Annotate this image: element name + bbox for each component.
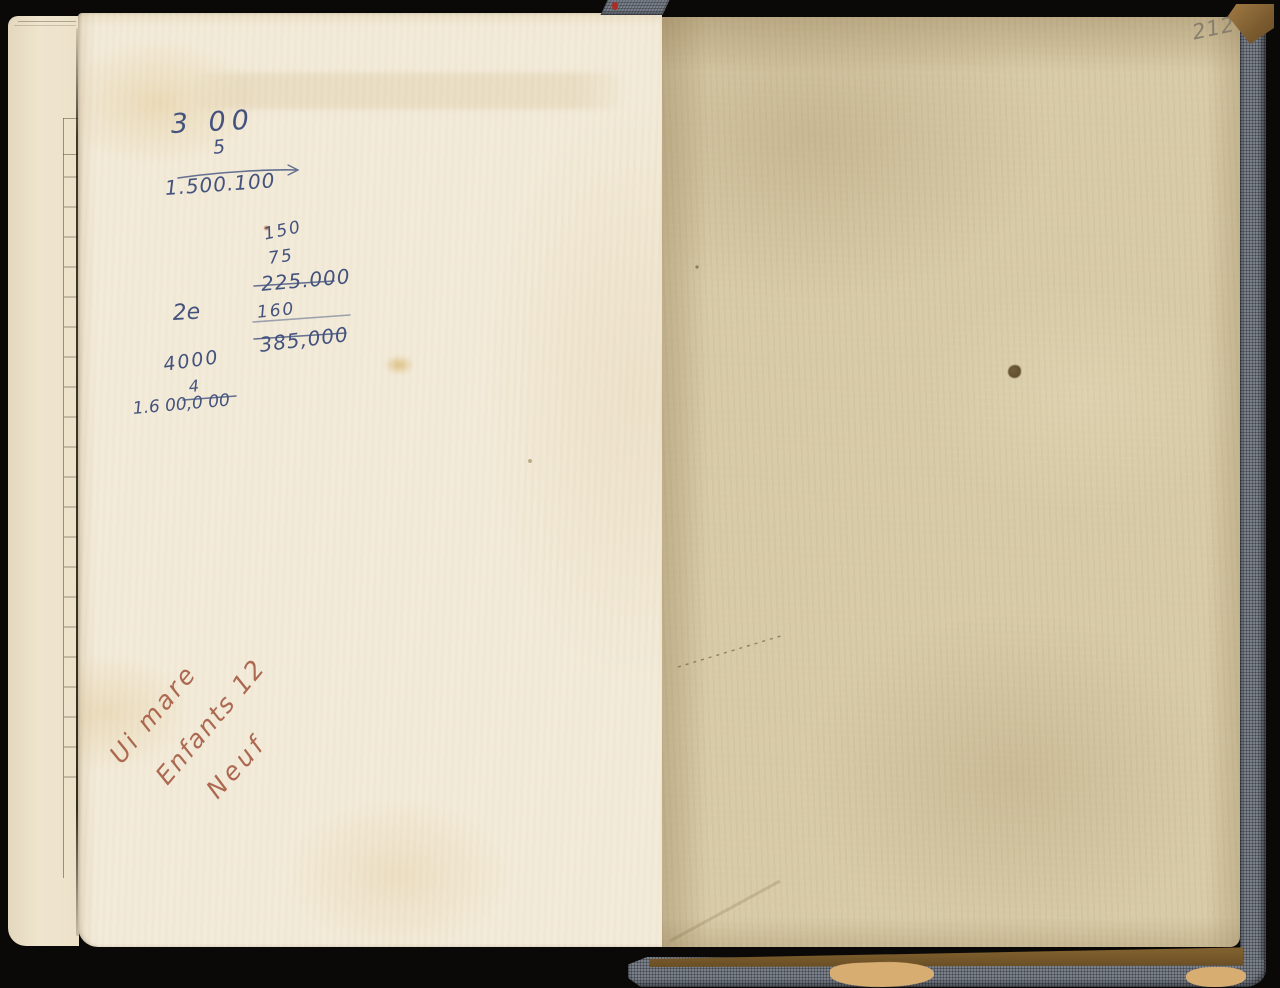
calc-top-operand: 3 00	[170, 105, 256, 140]
worn-patch-bottom-right	[1186, 967, 1246, 987]
stacked-page-edge-line	[18, 21, 76, 22]
calc-left-label: 2e	[172, 300, 201, 326]
cover-turnin-strip	[650, 947, 1243, 967]
cover-edge-right	[1240, 5, 1266, 985]
corner-fold-shadow	[670, 881, 780, 941]
spine-head-cloth	[601, 0, 670, 15]
surface-marks	[662, 17, 1240, 947]
left-underpage-edge	[8, 16, 79, 946]
ink-strokes	[78, 13, 662, 947]
stacked-page-edge-line	[14, 25, 76, 26]
right-page: 212	[662, 17, 1240, 947]
red-speck	[612, 2, 618, 10]
calc-middle-addend-2: 75	[267, 245, 295, 268]
small-fleck	[695, 265, 698, 268]
calc-middle-addend-3: 160	[256, 299, 296, 323]
left-page: 3 00 5 1.500.100 150 75 225.000 160 385,…	[78, 13, 662, 947]
scratch-mark	[678, 635, 784, 667]
calc-top-multiplier: 5	[212, 136, 226, 159]
scanned-book-spread: 3 00 5 1.500.100 150 75 225.000 160 385,…	[0, 0, 1280, 988]
